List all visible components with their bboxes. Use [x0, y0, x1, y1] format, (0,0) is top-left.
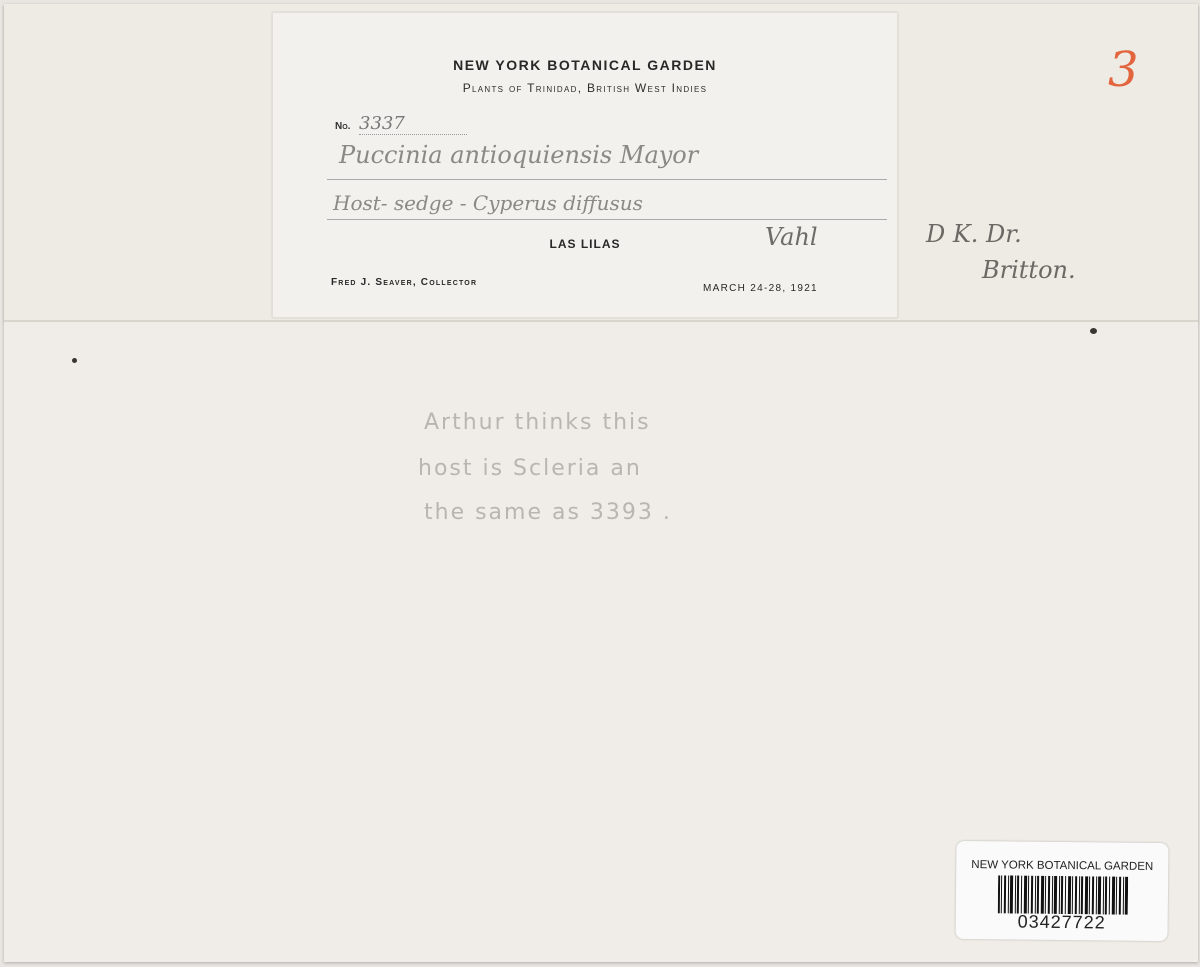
pencil-note-line-1: Arthur thinks this [424, 410, 651, 435]
specimen-label: NEW YORK BOTANICAL GARDEN Plants of Trin… [272, 12, 898, 318]
barcode-institution: NEW YORK BOTANICAL GARDEN [956, 859, 1168, 873]
label-locality: LAS LILAS [273, 237, 897, 251]
barcode-label: NEW YORK BOTANICAL GARDEN 03427722 [955, 841, 1168, 941]
label-collector: Fred J. Seaver, Collector [331, 277, 477, 288]
pencil-note-line-3: the same as 3393 . [424, 500, 672, 525]
label-rule-2 [327, 219, 887, 220]
label-taxon: Puccinia antioquiensis Mayor [339, 141, 698, 169]
label-rule-1 [327, 179, 887, 180]
determination-line-1: D K. Dr. [926, 220, 1022, 248]
label-subtitle: Plants of Trinidad, British West Indies [273, 81, 897, 95]
determination-line-2: Britton. [982, 256, 1076, 284]
barcode-icon [998, 875, 1128, 914]
label-host: Host- sedge - Cyperus diffusus [333, 191, 643, 215]
barcode-number: 03427722 [956, 911, 1168, 934]
label-institution: NEW YORK BOTANICAL GARDEN [273, 57, 897, 73]
pencil-note-line-2: host is Scleria an [418, 456, 642, 481]
label-number: 3337 [359, 113, 467, 135]
label-number-prefix: No. [335, 121, 350, 132]
herbarium-sheet: NEW YORK BOTANICAL GARDEN Plants of Trin… [4, 4, 1198, 962]
label-date: MARCH 24-28, 1921 [703, 283, 818, 294]
paper-speck [72, 358, 77, 363]
paper-speck [1090, 328, 1097, 334]
red-pencil-mark: 3 [1108, 42, 1139, 98]
